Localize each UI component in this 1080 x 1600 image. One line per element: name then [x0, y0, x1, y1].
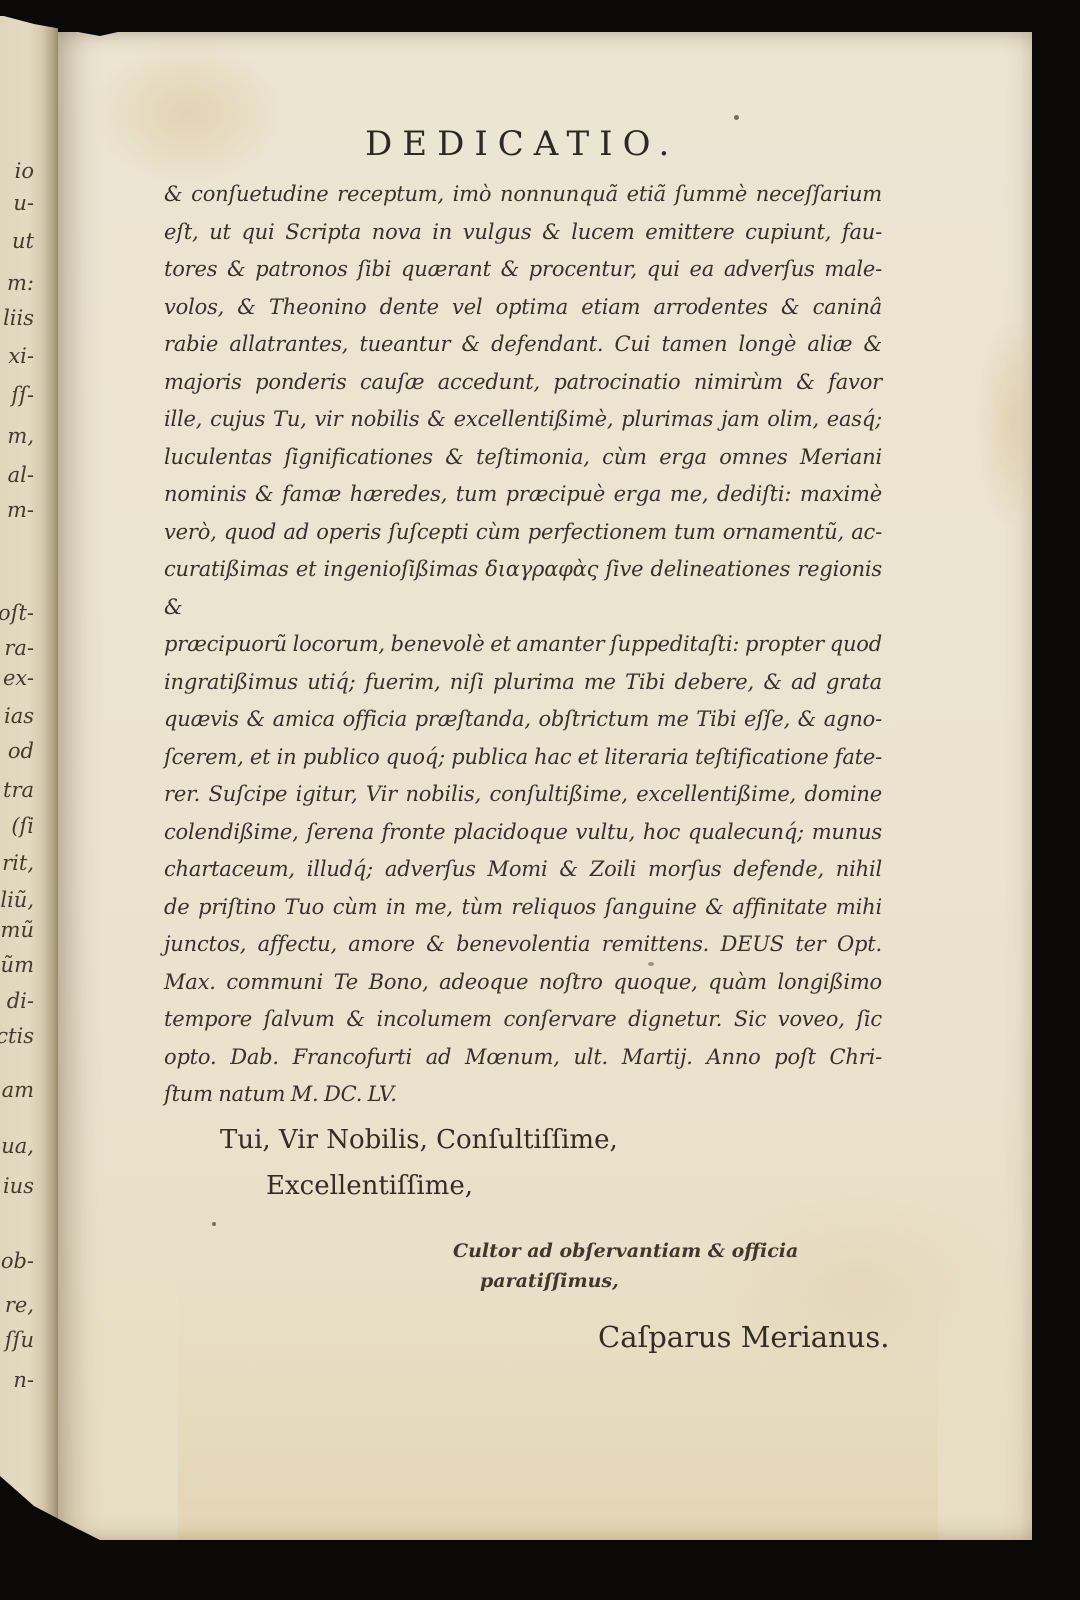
cutoff-text-fragment: m,	[7, 423, 34, 449]
cutoff-text-fragment: m-	[7, 497, 34, 523]
text-line: præcipuorũ locorum, benevolè et amanter …	[164, 626, 882, 664]
cutoff-text-fragment: ut	[12, 228, 34, 254]
cutoff-text-fragment: ſſu	[5, 1327, 34, 1353]
text-line: quævis & amica officia præſtanda, obſtri…	[164, 701, 882, 739]
book-page: DEDICATIO. & conſuetudine receptum, imò …	[58, 32, 1032, 1540]
text-line: verò, quod ad operis ſuſcepti cùm perfec…	[164, 514, 882, 552]
paper-speck	[212, 1222, 216, 1226]
cutoff-text-fragment: liũ,	[0, 887, 34, 913]
cutoff-text-fragment: m:	[7, 270, 34, 296]
text-line: rer. Suſcipe igitur, Vir nobilis, conſul…	[164, 776, 882, 814]
cutoff-text-fragment: ctis	[0, 1023, 34, 1049]
cutoff-text-fragment: ra-	[4, 635, 34, 661]
text-line: ſcerem, et in publico quoq́; publica hac…	[164, 739, 882, 777]
text-line: luculentas ſignificationes & teſtimonia,…	[164, 439, 882, 477]
text-line: Max. communi Te Bono, adeoque noſtro quo…	[164, 964, 882, 1002]
cutoff-text-fragment: mũ	[1, 917, 34, 943]
paper-stain	[976, 312, 1032, 532]
cutoff-text-fragment: od	[8, 738, 34, 764]
cutoff-text-fragment: ſſ-	[11, 382, 34, 408]
cutoff-text-fragment: u-	[13, 190, 34, 216]
cutoff-text-fragment: ias	[4, 703, 34, 729]
text-line: rabie allatrantes, tueantur & defendant.…	[164, 326, 882, 364]
binding-bottom	[0, 1540, 1080, 1600]
facing-page-edge: iou-utm:liisxi-ſſ-m,al-m-oſt-ra-ex-iasod…	[0, 16, 58, 1548]
cutoff-text-fragment: io	[15, 158, 34, 184]
text-line: junctos, affectu, amore & benevolentia r…	[164, 926, 882, 964]
text-line: curatißimas et ingenioſißimas διαγραφὰς …	[164, 551, 882, 626]
cutoff-text-fragment: ex-	[3, 665, 34, 691]
page-title: DEDICATIO.	[365, 124, 679, 164]
text-line: colendißime, ſerena fronte placidoque vu…	[164, 814, 882, 852]
closing-address-line-1: Tui, Vir Nobilis, Conſultiſſime,	[220, 1125, 618, 1155]
cutoff-text-fragment: re,	[5, 1292, 34, 1318]
paper-speck	[734, 115, 739, 120]
text-line: volos, & Theonino dente vel optima etiam…	[164, 289, 882, 327]
valediction-line-1: Cultor ad obſervantiam & officia	[453, 1240, 798, 1262]
cutoff-text-fragment: di-	[7, 988, 34, 1014]
text-line: eſt, ut qui Scripta nova in vulgus & luc…	[164, 214, 882, 252]
text-line: ille, cujus Tu, vir nobilis & excellenti…	[164, 401, 882, 439]
signature: Caſparus Merianus.	[598, 1320, 889, 1354]
text-line: de priſtino Tuo cùm in me, tùm reliquos …	[164, 889, 882, 927]
text-line: chartaceum, illudq́; adverſus Momi & Zoi…	[164, 851, 882, 889]
valediction-line-2: paratiſſimus,	[480, 1270, 619, 1292]
cutoff-text-fragment: ius	[3, 1173, 34, 1199]
cutoff-text-fragment: rit,	[2, 850, 34, 876]
paper-stain	[178, 1272, 938, 1540]
text-line: ſtum natum M. DC. LV.	[164, 1076, 882, 1114]
cutoff-text-fragment: ob-	[1, 1248, 34, 1274]
cutoff-text-fragment: (ſi	[11, 813, 34, 839]
text-line: tempore ſalvum & incolumem conſervare di…	[164, 1001, 882, 1039]
closing-address-line-2: Excellentiſſime,	[266, 1171, 473, 1201]
cutoff-text-fragment: am	[2, 1077, 34, 1103]
text-line: nominis & famæ hæredes, tum præcipuè erg…	[164, 476, 882, 514]
cutoff-text-fragment: liis	[3, 305, 34, 331]
cutoff-text-fragment: oſt-	[0, 600, 34, 626]
text-line: tores & patronos ſibi quærant & procentu…	[164, 251, 882, 289]
dedication-text: & conſuetudine receptum, imò nonnunquã e…	[164, 176, 882, 1114]
cutoff-text-fragment: xi-	[8, 343, 34, 369]
cutoff-text-fragment: ũm	[1, 952, 34, 978]
cutoff-text-fragment: al-	[8, 462, 34, 488]
paper-stain	[88, 38, 288, 188]
binding-right	[1032, 0, 1080, 1600]
cutoff-text-fragment: ua,	[1, 1133, 34, 1159]
text-line: & conſuetudine receptum, imò nonnunquã e…	[164, 176, 882, 214]
cutoff-text-fragment: n-	[13, 1367, 34, 1393]
text-line: ingratißimus utiq́; fuerim, niſi plurima…	[164, 664, 882, 702]
cutoff-text-fragment: tra	[3, 777, 34, 803]
text-line: opto. Dab. Francofurti ad Mœnum, ult. Ma…	[164, 1039, 882, 1077]
text-line: majoris ponderis cauſæ accedunt, patroci…	[164, 364, 882, 402]
